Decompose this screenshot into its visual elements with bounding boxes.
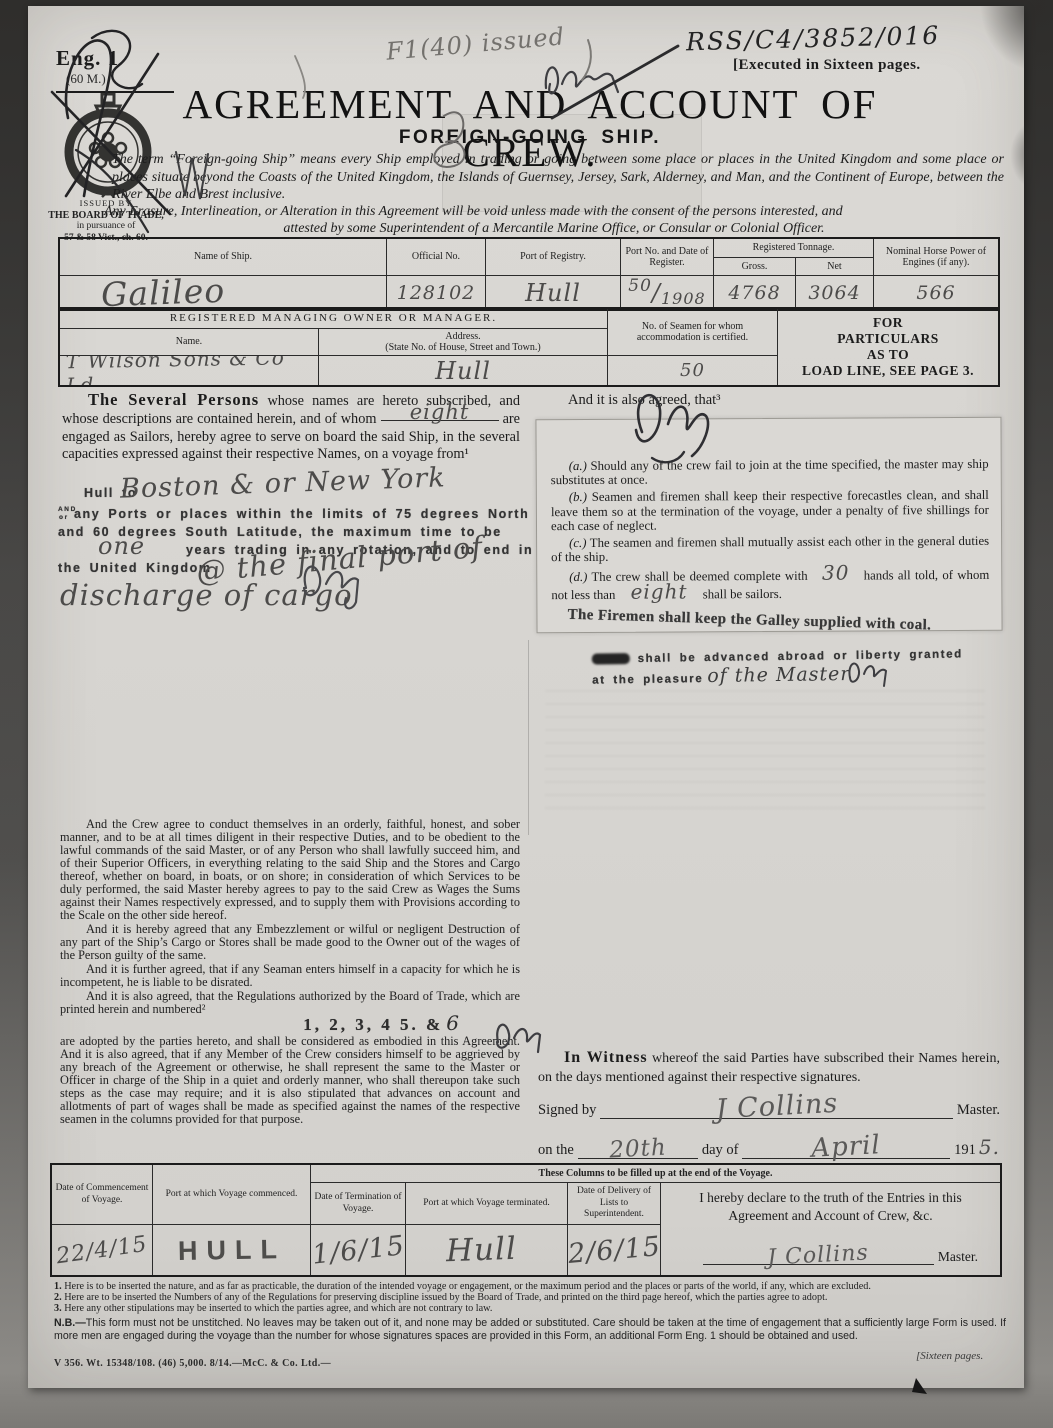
signed-by-label: Signed by — [538, 1102, 596, 1119]
footnote-1-text: Here is to be inserted the nature, and a… — [64, 1281, 871, 1292]
declaration-cell: I hereby declare to the truth of the Ent… — [660, 1182, 1000, 1275]
pasted-clause-slip: (a.) Should any of the crew fail to join… — [535, 417, 1002, 633]
also-agreed-lead: And it is also agreed, that³ — [568, 392, 721, 409]
witness-lead: In Witness — [564, 1049, 648, 1066]
commencement-date-handwriting: 22/4/15 — [55, 1231, 149, 1269]
crew-conduct-paragraph: And the Crew agree to conduct themselves… — [60, 818, 520, 922]
footnote-3-text: Here any other stipulations may be inser… — [64, 1303, 492, 1314]
owner-table: REGISTERED MANAGING OWNER OR MANAGER. No… — [58, 307, 1000, 387]
gross-tonnage-value: 4768 — [713, 275, 795, 309]
delivery-date-value: 2/6/15 — [567, 1224, 660, 1275]
foreign-ship-definition: The term “Foreign-going Ship” means ever… — [112, 151, 1004, 204]
document-subtitle: FOREIGN-GOING SHIP. — [150, 127, 910, 149]
sailors-min-handwriting: eight — [618, 579, 699, 603]
load-line-2: PARTICULARS — [837, 331, 939, 347]
col-header-port-commenced: Port at which Voyage commenced. — [152, 1165, 310, 1224]
nb-text: This form must not be unstitched. No lea… — [54, 1317, 1006, 1342]
owner-name-value: T Wilson Sons & Co Ld — [60, 355, 318, 385]
master-signature: J Collins — [715, 1088, 839, 1125]
col-header-port-no-date: Port No. and Date of Register. — [620, 239, 713, 275]
hands-count-handwriting: 30 — [812, 561, 860, 585]
seamen-count-value: 50 — [607, 355, 777, 385]
crew-conduct-section: And the Crew agree to conduct themselves… — [60, 818, 520, 1127]
col-header-gross: Gross. — [713, 257, 795, 275]
regulation-numbers-stamp: 1, 2, 3, 4 5. & — [303, 1015, 443, 1034]
owner-address-value: Hull — [318, 355, 607, 385]
port-registry-handwriting: Hull — [525, 279, 581, 307]
printer-imprint: V 356. Wt. 15348/108. (46) 5,000. 8/14.—… — [54, 1358, 331, 1369]
clause-a: (a.) Should any of the crew fail to join… — [551, 457, 989, 488]
port-no-slash: / — [652, 279, 661, 307]
clause-c-text: The seamen and firemen shall mutually as… — [551, 534, 989, 564]
footnote-2-text: Here are to be inserted the Numbers of a… — [64, 1292, 827, 1303]
advance-stamp-line2: at the pleasure — [592, 673, 703, 687]
col-header-owner-address: Address. (State No. of House, Street and… — [318, 328, 607, 355]
official-no-value: 128102 — [386, 275, 485, 309]
load-line-3: AS TO — [867, 347, 909, 363]
executed-note: [Executed in Sixteen pages. — [733, 57, 921, 74]
clause-b-text: Seamen and firemen shall keep their resp… — [551, 488, 989, 533]
voyage-stamp-line4: the United Kingdom — [58, 561, 212, 575]
several-persons-lead: The Several Persons — [88, 390, 259, 409]
port-commenced-value: HULL — [152, 1224, 310, 1275]
port-terminated-value: Hull — [405, 1224, 567, 1275]
clause-c: (c.) The seamen and firemen shall mutual… — [551, 534, 989, 565]
footnote-2: 2. Here are to be inserted the Numbers o… — [54, 1292, 1004, 1303]
clause-a-label: (a.) — [569, 459, 587, 473]
voyage-tiny-or: or — [59, 514, 69, 521]
footnote-1: 1. Here is to be inserted the nature, an… — [54, 1281, 1004, 1292]
end-of-voyage-header: These Columns to be filled up at the end… — [310, 1165, 1000, 1182]
delivery-date-handwriting: 2/6/15 — [567, 1231, 660, 1270]
load-line-note: FOR PARTICULARS AS TO LOAD LINE, SEE PAG… — [777, 309, 998, 385]
date-row: on the 20th day of April 191 5. — [538, 1135, 1000, 1159]
horse-power-handwriting: 566 — [916, 282, 955, 304]
voyage-years-handwriting: one — [98, 532, 145, 560]
regulation-numbers-handwriting: 6 — [446, 1011, 460, 1035]
voyage-description: Hull to Boston & or New York AND or any … — [58, 476, 523, 606]
erasure-note-line1: Any Erasure, Interlineation, or Alterati… — [104, 204, 1004, 220]
address-header: Address. — [445, 331, 480, 343]
col-header-port-registry: Port of Registry. — [485, 239, 620, 275]
clause-d-text3: shall be sailors. — [703, 587, 782, 601]
voyage-summary-table: Date of Commencement of Voyage. Port at … — [50, 1163, 1002, 1277]
col-header-termination: Date of Termination of Voyage. — [310, 1182, 405, 1224]
month-handwriting: April — [811, 1130, 882, 1164]
day-line: 20th — [578, 1140, 698, 1159]
col-header-official-no: Official No. — [386, 239, 485, 275]
master-label: Master. — [957, 1102, 1000, 1119]
declaration-line1: I hereby declare to the truth of the Ent… — [669, 1189, 992, 1207]
port-no-date-value: 50 / 1908 — [620, 275, 713, 309]
signed-by-row: Signed by J Collins Master. — [538, 1100, 1000, 1119]
disrating-paragraph: And it is further agreed, that if any Se… — [60, 963, 520, 989]
ship-name-handwriting: Galileo — [100, 275, 225, 309]
declaration-signature-row: J Collins Master. — [669, 1246, 992, 1271]
termination-date-value: 1/6/15 — [310, 1224, 405, 1275]
col-header-net: Net — [795, 257, 873, 275]
column-divider-rule — [528, 640, 529, 835]
owner-name-handwriting: T Wilson Sons & Co Ld — [66, 355, 318, 385]
erasure-note-line2: attested by some Superintendent of a Mer… — [104, 221, 1004, 237]
load-line-4: LOAD LINE, SEE PAGE 3. — [802, 363, 974, 379]
col-header-ship-name: Name of Ship. — [60, 239, 386, 275]
footnote-1-num: 1. — [54, 1281, 62, 1292]
official-no-handwriting: 128102 — [397, 282, 476, 304]
declaration-line2: Agreement and Account of Crew, &c. — [669, 1207, 992, 1225]
port-commenced-stamp: HULL — [177, 1234, 286, 1267]
form-code: Eng. 1 — [56, 46, 174, 71]
regulation-numbers-line: 1, 2, 3, 4 5. & 6 — [60, 1017, 520, 1033]
several-persons-paragraph: The Several Persons whose names are here… — [62, 391, 520, 464]
port-registry-value: Hull — [485, 275, 620, 309]
commencement-date-value: 22/4/15 — [52, 1224, 152, 1275]
termination-date-handwriting: 1/6/15 — [310, 1230, 405, 1271]
scanned-document: Eng. 1 (60 M.) ISSUED BY THE BOARD OF TR… — [0, 0, 1053, 1428]
col-header-owner-name: Name. — [60, 328, 318, 355]
declaration-master-label: Master. — [938, 1249, 978, 1265]
clause-b-label: (b.) — [569, 490, 587, 504]
net-tonnage-value: 3064 — [795, 275, 873, 309]
col-header-port-terminated: Port at which Voyage terminated. — [405, 1182, 567, 1224]
horse-power-value: 566 — [873, 275, 998, 309]
on-the-label: on the — [538, 1142, 574, 1159]
owner-table-title: REGISTERED MANAGING OWNER OR MANAGER. — [60, 309, 607, 328]
col-header-tonnage: Registered Tonnage. — [713, 239, 873, 257]
ship-details-table: Name of Ship. Official No. Port of Regis… — [58, 237, 1000, 311]
address-subheader: (State No. of House, Street and Town.) — [385, 342, 540, 354]
year-prefix: 191 — [954, 1142, 976, 1159]
year-suffix-handwriting: 5. — [979, 1135, 1000, 1159]
footnotes-block: 1. Here is to be inserted the nature, an… — [54, 1281, 1004, 1315]
register-year-handwriting: 1908 — [661, 289, 706, 308]
ship-name-value: Galileo — [60, 275, 386, 309]
clause-d-label: (d.) — [569, 570, 587, 584]
voyage-hand-end2: discharge of cargo — [60, 578, 353, 612]
day-of-label: day of — [702, 1142, 739, 1159]
advance-stamp: shall be advanced abroad or liberty gran… — [592, 648, 963, 688]
smudged-word — [592, 654, 630, 666]
sailors-count-blank: eight — [381, 415, 499, 421]
footnote-3-num: 3. — [54, 1303, 62, 1314]
advance-hand: of the Master — [707, 663, 850, 687]
port-terminated-handwriting: Hull — [445, 1231, 517, 1269]
adoption-paragraph: are adopted by the parties hereto, and s… — [60, 1035, 520, 1126]
nb-note: N.B.—This form must not be unstitched. N… — [54, 1317, 1006, 1342]
col-header-delivery: Date of Delivery of Lists to Superintend… — [567, 1182, 660, 1224]
clauses-block: (a.) Should any of the crew fail to join… — [536, 418, 1001, 631]
pages-note: [Sixteen pages. — [916, 1350, 983, 1362]
month-line: April — [742, 1140, 950, 1159]
clause-c-label: (c.) — [569, 536, 586, 550]
footnote-2-num: 2. — [54, 1292, 62, 1303]
clause-a-text: Should any of the crew fail to join at t… — [551, 457, 989, 487]
embezzlement-paragraph: And it is hereby agreed that any Embezzl… — [60, 923, 520, 962]
gross-tonnage-handwriting: 4768 — [728, 282, 780, 304]
seamen-count-handwriting: 50 — [680, 360, 705, 381]
day-handwriting: 20th — [609, 1135, 668, 1164]
col-header-horse-power: Nominal Horse Power of Engines (if any). — [873, 239, 998, 275]
declaration-signature: J Collins — [767, 1240, 870, 1270]
load-line-1: FOR — [873, 315, 903, 331]
clause-b: (b.) Seamen and firemen shall keep their… — [551, 488, 989, 533]
master-signature-line: J Collins — [600, 1100, 953, 1119]
footnote-3: 3. Here any other stipulations may be in… — [54, 1303, 1004, 1314]
declaration-signature-line: J Collins — [703, 1246, 934, 1265]
owner-address-handwriting: Hull — [435, 357, 491, 385]
col-header-seamen: No. of Seamen for whom accommodation is … — [607, 309, 777, 355]
voyage-stamp-line1: any Ports or places within the limits of… — [74, 507, 529, 521]
sailors-count-handwriting: eight — [410, 400, 470, 424]
col-header-commencement: Date of Commencement of Voyage. — [52, 1165, 152, 1224]
net-tonnage-handwriting: 3064 — [808, 282, 860, 304]
port-no-handwriting: 50 — [628, 276, 652, 296]
clause-d: (d.) The crew shall be deemed complete w… — [551, 565, 989, 602]
firemen-stamp: The Firemen shall keep the Galley suppli… — [567, 607, 989, 637]
witness-paragraph: In Witness whereof the said Parties have… — [538, 1048, 1000, 1087]
nb-lead: N.B.— — [54, 1317, 86, 1329]
